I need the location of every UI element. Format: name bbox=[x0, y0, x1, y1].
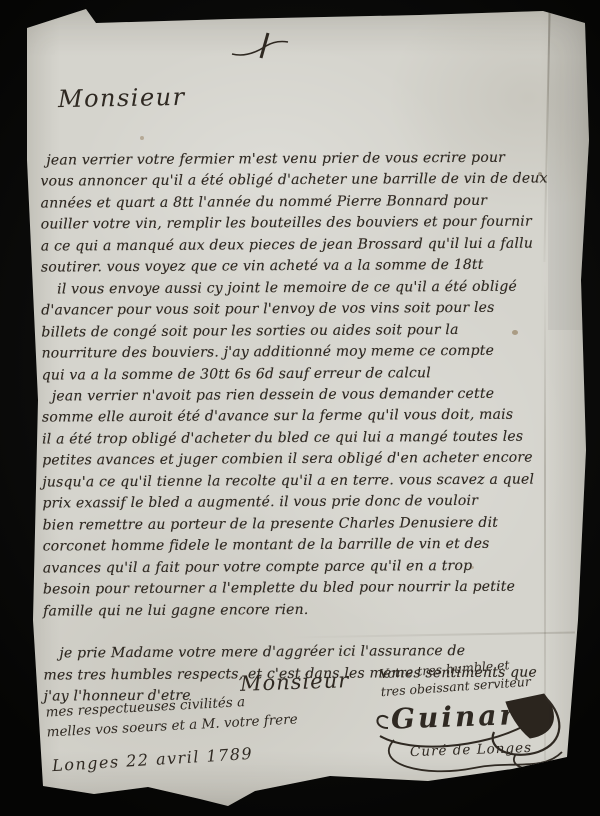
salutation: Monsieur bbox=[58, 83, 186, 113]
handwritten-line: jean verrier votre fermier m'est venu pr… bbox=[40, 147, 547, 172]
dateline: Longes 22 avril 1789 bbox=[52, 744, 254, 775]
paper-sheet: Monsieur jean verrier votre fermier m'es… bbox=[0, 0, 600, 816]
handwritten-line: il a été trop obligé d'acheter du bled c… bbox=[42, 426, 549, 451]
handwritten-line: il vous envoye aussi cy joint le memoire… bbox=[41, 276, 548, 301]
handwritten-line: années et quart a 8tt l'année du nommé P… bbox=[41, 190, 548, 215]
ink-stain bbox=[140, 136, 144, 140]
handwritten-line: prix exassif le bled a augmenté. il vous… bbox=[42, 491, 549, 516]
body-lines: jean verrier votre fermier m'est venu pr… bbox=[40, 147, 551, 708]
signature-flourish-icon bbox=[366, 688, 576, 793]
handwritten-line: d'avancer pour vous soit pour l'envoy de… bbox=[41, 298, 548, 323]
handwritten-line: jusqu'a ce qu'il tienne la recolte qu'il… bbox=[42, 469, 549, 494]
handwritten-line: qui va a la somme de 30tt 6s 6d sauf err… bbox=[42, 362, 549, 387]
handwritten-line: corconet homme fidele le montant de la b… bbox=[43, 534, 550, 559]
handwritten-line: somme elle auroit été d'avance sur la fe… bbox=[42, 405, 549, 430]
handwritten-line: petites avances et juger combien il sera… bbox=[42, 448, 549, 473]
fold-shadow bbox=[548, 0, 590, 330]
handwritten-line: bien remettre au porteur de la presente … bbox=[43, 512, 550, 537]
handwritten-line: famille qui ne lui gagne encore rien. bbox=[43, 598, 550, 623]
handwritten-line bbox=[43, 619, 550, 644]
handwritten-line: vous annoncer qu'il a été obligé d'achet… bbox=[40, 169, 547, 194]
handwritten-line: soutirer. vous voyez que ce vin acheté v… bbox=[41, 255, 548, 280]
letter-photograph: Monsieur jean verrier votre fermier m'es… bbox=[0, 0, 600, 816]
handwritten-line: ouiller votre vin, remplir les bouteille… bbox=[41, 212, 548, 237]
handwritten-line: a ce qui a manqué aux deux pieces de jea… bbox=[41, 233, 548, 258]
handwritten-line: nourriture des bouviers. j'ay additionné… bbox=[41, 341, 548, 366]
handwritten-line: billets de congé soit pour les sorties o… bbox=[41, 319, 548, 344]
cross-mark-icon bbox=[228, 30, 298, 62]
handwritten-line: besoin pour retourner a l'emplette du bl… bbox=[43, 577, 550, 602]
handwritten-line: avances qu'il a fait pour votre compte p… bbox=[43, 555, 550, 580]
handwritten-line: jean verrier n'avoit pas rien dessein de… bbox=[42, 383, 549, 408]
